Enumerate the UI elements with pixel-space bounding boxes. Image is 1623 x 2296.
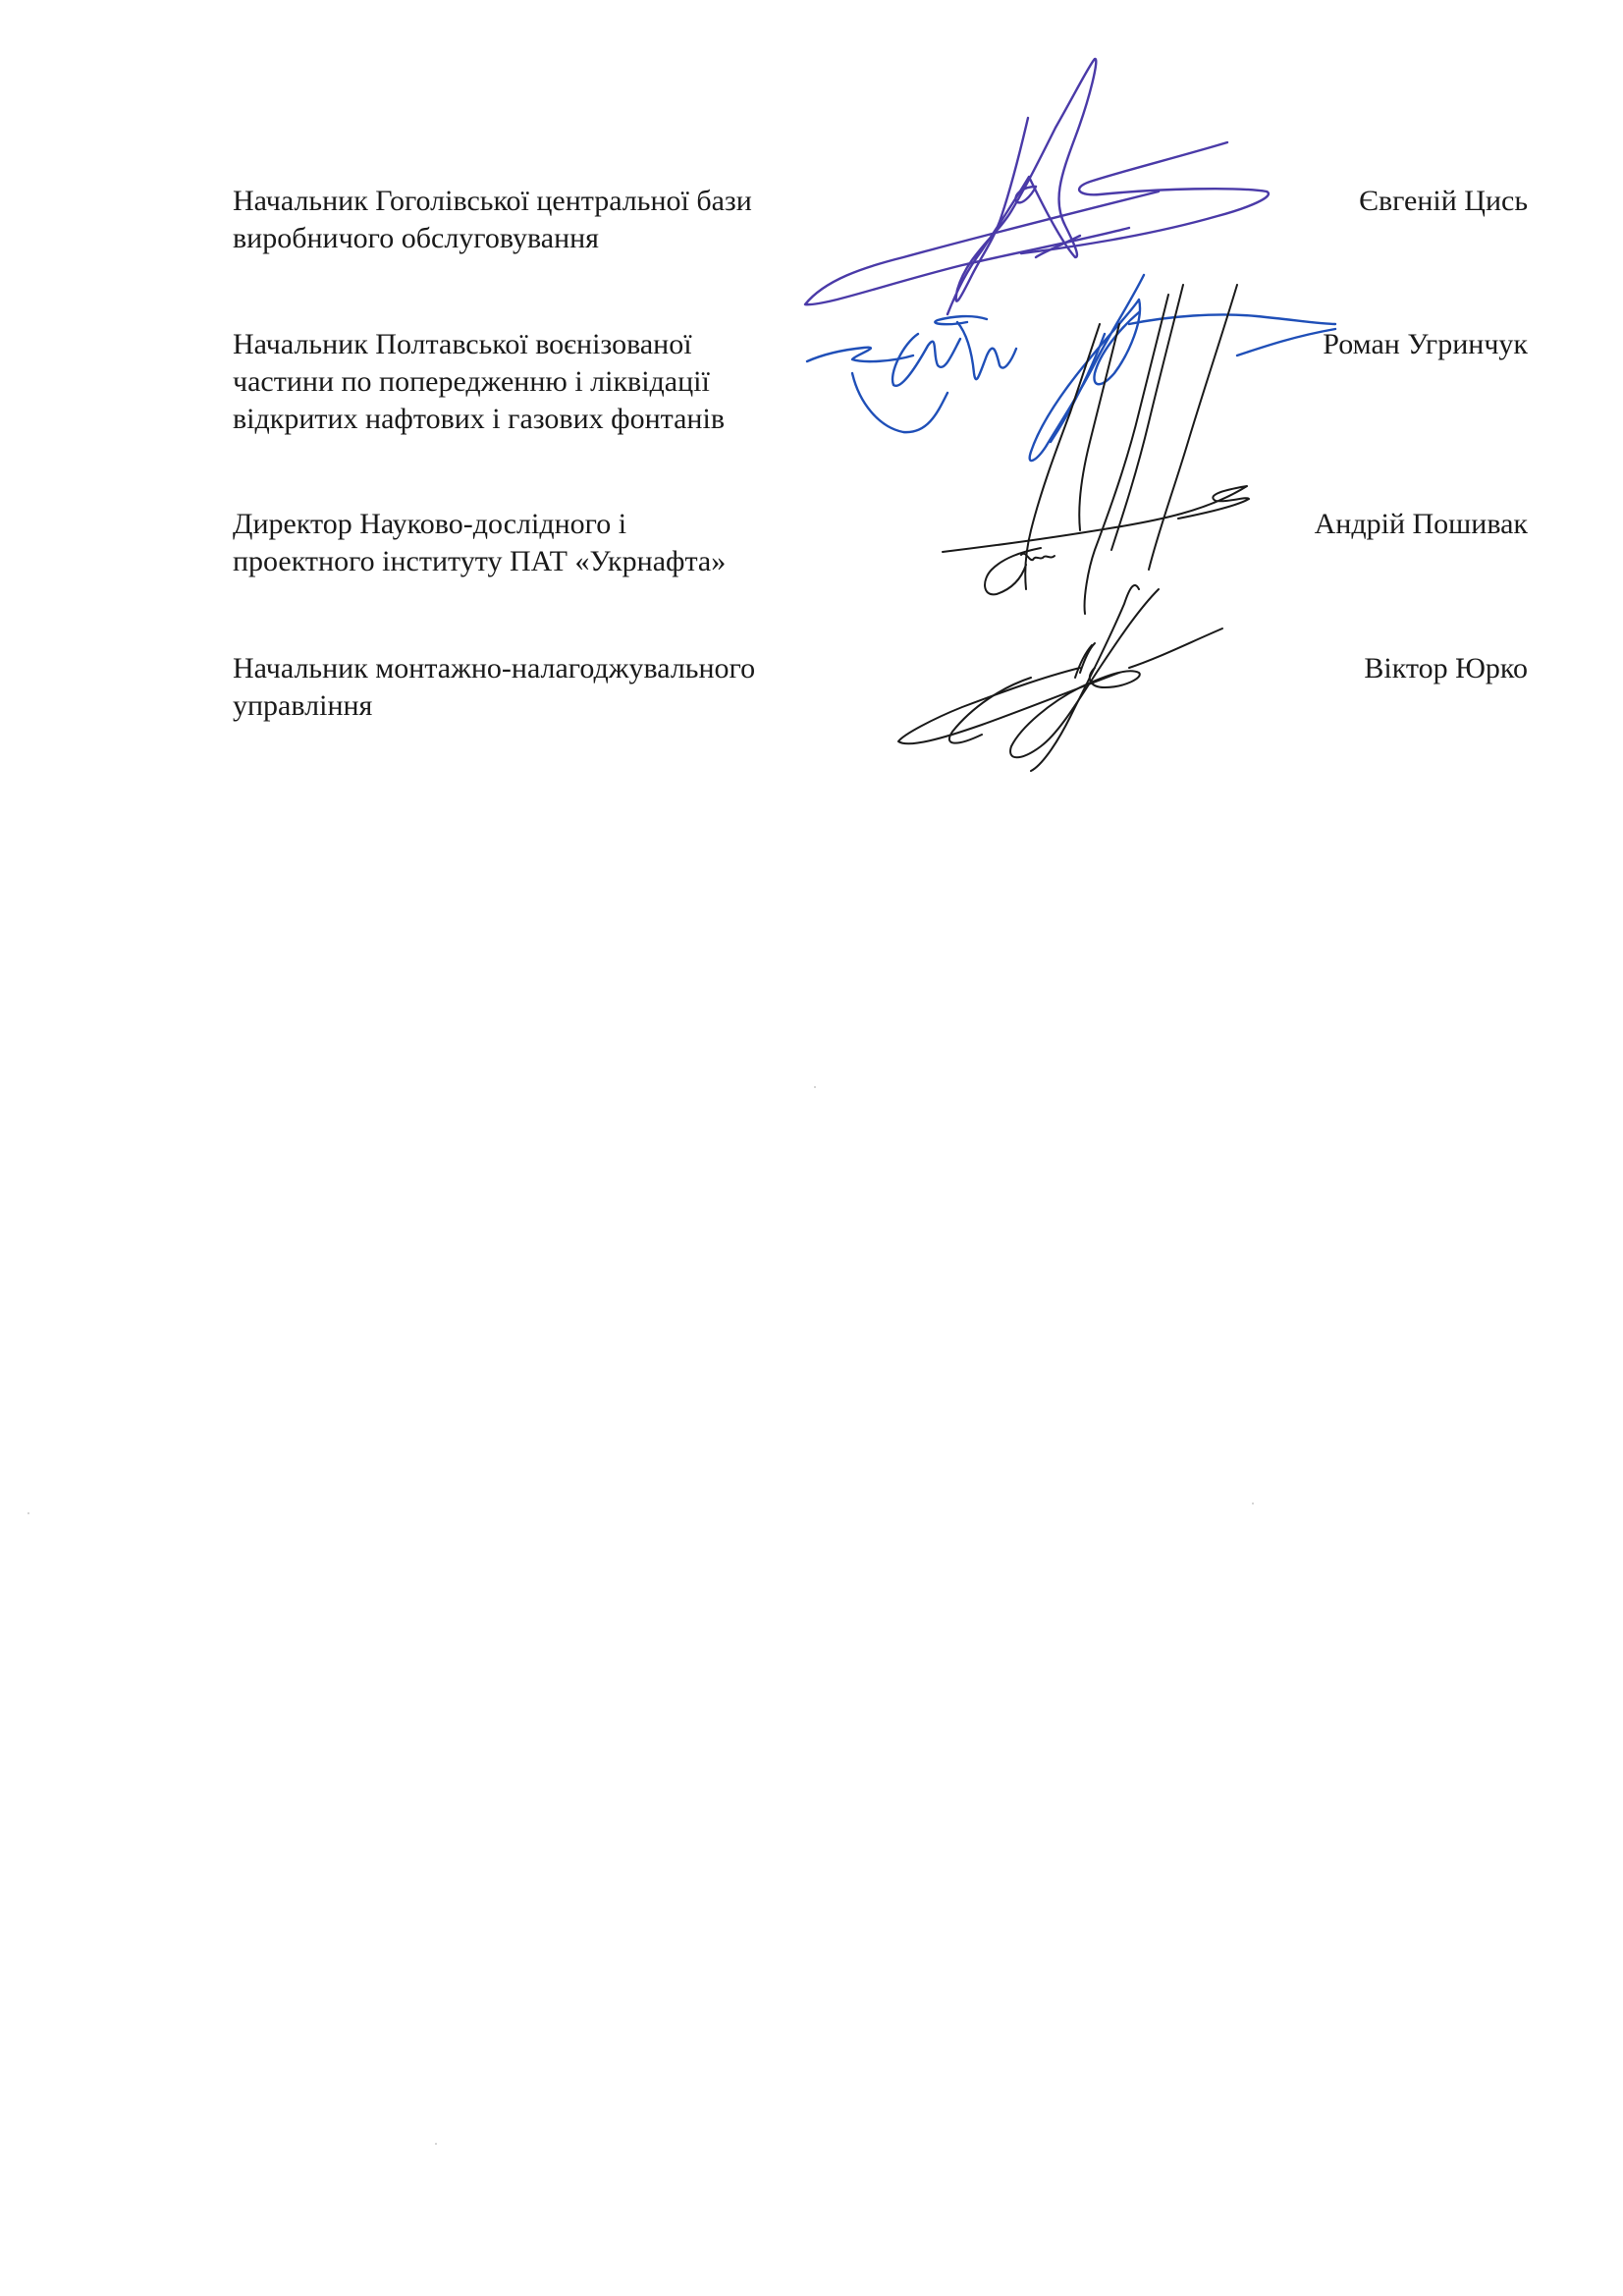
signature-4-icon	[898, 585, 1222, 771]
signature-2-icon	[807, 275, 1335, 461]
scan-speck	[435, 2143, 437, 2145]
signatory-position: Начальник Полтавської воєнізованої части…	[233, 326, 861, 438]
signatory-position: Начальник Гоголівської центральної бази …	[233, 183, 861, 257]
signature-3-icon	[943, 285, 1249, 614]
signatory-name: Андрій Пошивак	[1315, 506, 1528, 543]
signatory-name: Євгеній Цись	[1359, 183, 1528, 220]
signatory-position: Начальник монтажно-налагоджувального упр…	[233, 650, 861, 725]
signature-1-icon	[805, 59, 1269, 314]
handwritten-signatures	[0, 0, 1623, 884]
scan-speck	[814, 1086, 816, 1088]
scan-speck	[1252, 1503, 1254, 1504]
document-page: Начальник Гоголівської центральної бази …	[0, 0, 1623, 2296]
signatory-position: Директор Науково-дослідного і проектного…	[233, 506, 861, 580]
signatory-name: Роман Угринчук	[1323, 326, 1528, 363]
scan-speck	[27, 1512, 29, 1514]
signatory-name: Віктор Юрко	[1364, 650, 1528, 687]
